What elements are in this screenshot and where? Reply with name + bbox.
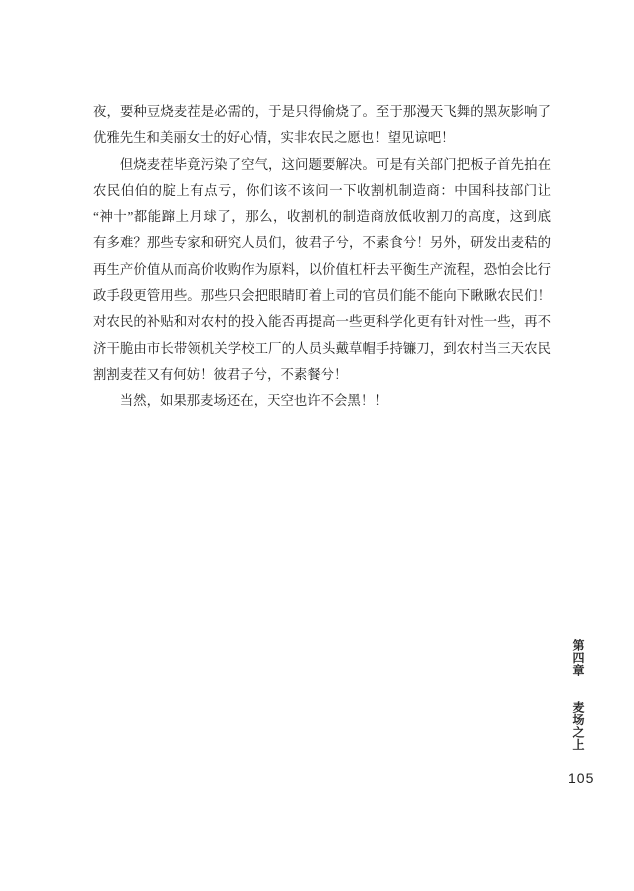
chapter-marker: 第四章 麦场之上: [570, 639, 587, 759]
text-line: 对农民的补贴和对农村的投入能否再提高一些更科学化更有针对性一些，再不: [93, 309, 551, 335]
page-number: 105: [568, 770, 594, 786]
text-line: 割割麦茬又有何妨！彼君子兮，不素餐兮！: [93, 362, 551, 388]
text-line: 夜，要种豆烧麦茬是必需的，于是只得偷烧了。至于那漫天飞舞的黑灰影响了: [93, 99, 551, 125]
text-line: “神十”都能蹿上月球了，那么，收割机的制造商放低收割刀的高度，这到底: [93, 204, 551, 230]
book-page: 夜，要种豆烧麦茬是必需的，于是只得偷烧了。至于那漫天飞舞的黑灰影响了 优雅先生和…: [0, 0, 634, 891]
text-line: 济干脆由市长带领机关学校工厂的人员头戴草帽手持镰刀，到农村当三天农民: [93, 336, 551, 362]
text-line: 农民伯伯的腚上有点亏，你们该不该问一下收割机制造商：中国科技部门让: [93, 178, 551, 204]
text-line: 再生产价值从而高价收购作为原料，以价值杠杆去平衡生产流程，恐怕会比行: [93, 257, 551, 283]
text-line: 优雅先生和美丽女士的好心情，实非农民之愿也！望见谅吧！: [93, 125, 551, 151]
text-line: 但烧麦茬毕竟污染了空气，这问题要解决。可是有关部门把板子首先拍在: [93, 152, 551, 178]
text-line: 政手段更管用些。那些只会把眼睛盯着上司的官员们能不能向下瞅瞅农民们！: [93, 283, 551, 309]
chapter-title-label: 麦场之上: [571, 701, 585, 751]
text-line: 有多难？那些专家和研究人员们，彼君子兮，不素食兮！另外，研发出麦秸的: [93, 230, 551, 256]
text-line: 当然，如果那麦场还在，天空也许不会黑！！: [93, 388, 551, 414]
chapter-number-label: 第四章: [571, 639, 585, 677]
body-text: 夜，要种豆烧麦茬是必需的，于是只得偷烧了。至于那漫天飞舞的黑灰影响了 优雅先生和…: [93, 99, 551, 415]
